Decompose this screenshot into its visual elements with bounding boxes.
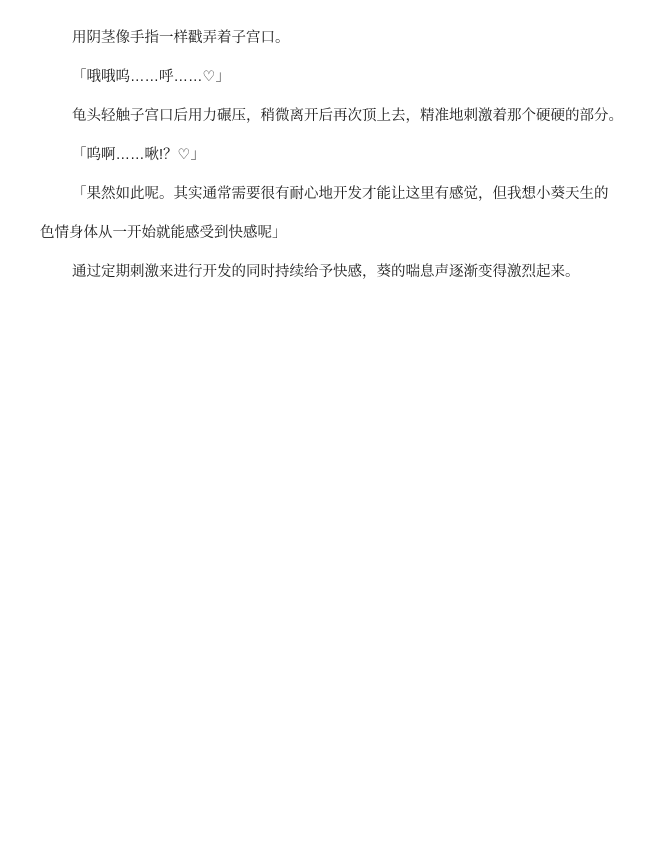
paragraph: 通过定期刺激来进行开发的同时持续给予快感，葵的喘息声逐渐变得激烈起来。 xyxy=(40,253,624,292)
document-page: 用阴茎像手指一样戳弄着子宫口。 「哦哦呜……呼……♡」 龟头轻触子宫口后用力碾压… xyxy=(0,0,650,850)
paragraph: 「哦哦呜……呼……♡」 xyxy=(40,58,624,97)
paragraph: 「呜啊……啾!？♡」 xyxy=(40,136,624,175)
paragraph: 用阴茎像手指一样戳弄着子宫口。 xyxy=(40,19,624,58)
text-line: 色情身体从一开始就能感受到快感呢」 xyxy=(40,214,624,253)
text-line: 「果然如此呢。其实通常需要很有耐心地开发才能让这里有感觉，但我想小葵天生的 xyxy=(40,175,624,214)
text-line: 「哦哦呜……呼……♡」 xyxy=(40,58,624,97)
text-line: 龟头轻触子宫口后用力碾压，稍微离开后再次顶上去，精准地刺激着那个硬硬的部分。 xyxy=(40,97,624,136)
text-line: 「呜啊……啾!？♡」 xyxy=(40,136,624,175)
paragraph: 龟头轻触子宫口后用力碾压，稍微离开后再次顶上去，精准地刺激着那个硬硬的部分。 xyxy=(40,97,624,136)
paragraph: 「果然如此呢。其实通常需要很有耐心地开发才能让这里有感觉，但我想小葵天生的 色情… xyxy=(40,175,624,253)
text-line: 通过定期刺激来进行开发的同时持续给予快感，葵的喘息声逐渐变得激烈起来。 xyxy=(40,253,624,292)
text-line: 用阴茎像手指一样戳弄着子宫口。 xyxy=(40,19,624,58)
